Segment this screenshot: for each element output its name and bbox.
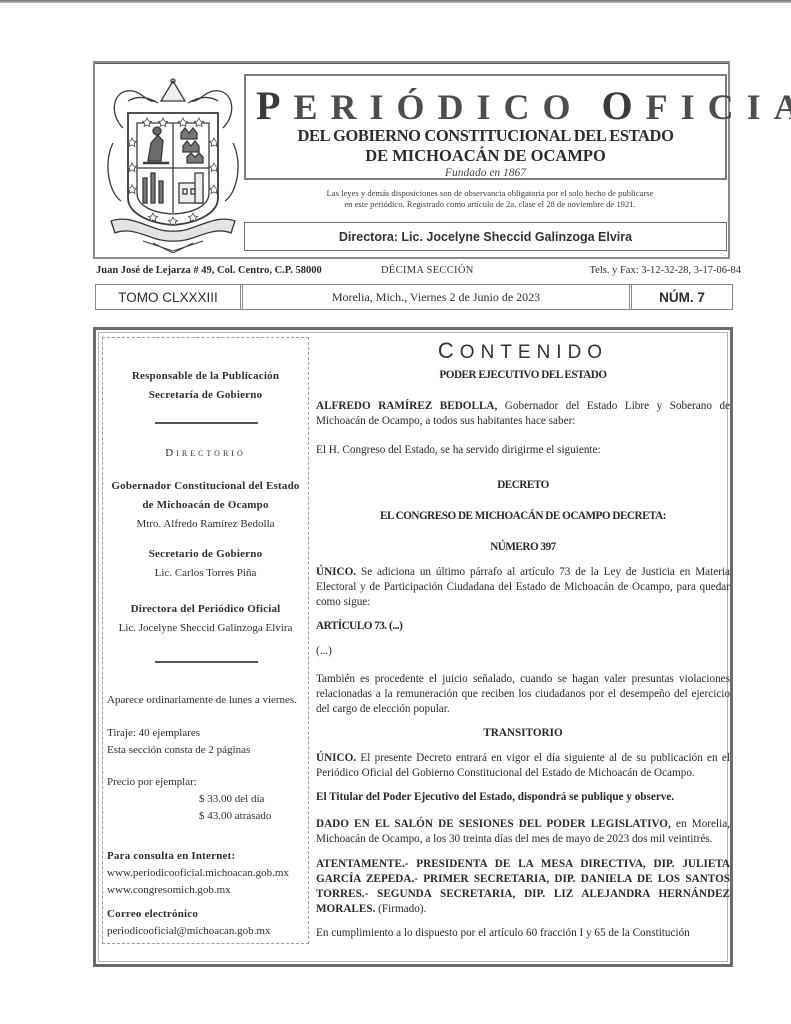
article-text: También es procedente el juicio señalado… <box>316 672 730 717</box>
governor-block: Gobernador Constitucional del Estado de … <box>103 477 308 534</box>
frequency: Aparece ordinariamente de lunes a vierne… <box>107 692 308 709</box>
internet-info: Para consulta en Internet: www.periodico… <box>107 848 308 899</box>
address: Juan José de Lejarza # 49, Col. Centro, … <box>96 265 322 276</box>
director-block: Directora del Periódico Oficial Lic. Joc… <box>103 600 308 638</box>
subtitle-line2: DE MICHOACÁN DE OCAMPO <box>246 146 725 166</box>
ellipsis: (...) <box>316 644 730 659</box>
unico-paragraph: ÚNICO. Se adiciona un último párrafo al … <box>316 565 730 610</box>
masthead: PERIÓDICOOFICIAL DEL GOBIERNO CONSTITUCI… <box>93 61 730 259</box>
transitorio-paragraph: ÚNICO. El presente Decreto entrará en vi… <box>316 751 730 781</box>
website-link-2[interactable]: www.congresomich.gob.mx <box>107 882 308 899</box>
divider <box>155 661 258 663</box>
print-info: Tiraje: 40 ejemplares Esta sección const… <box>107 725 308 759</box>
closing-paragraph: En cumplimiento a lo dispuesto por el ar… <box>316 926 730 941</box>
sidebar-bottom-border <box>102 943 309 944</box>
dado-paragraph: DADO EN EL SALÓN DE SESIONES DEL PODER L… <box>316 817 730 847</box>
executive-line: El Titular del Poder Ejecutivo del Estad… <box>316 790 730 805</box>
price-info: Precio por ejemplar: $ 33.00 del día $ 4… <box>107 774 308 825</box>
intro-paragraph: ALFREDO RAMÍREZ BEDOLLA, Gobernador del … <box>316 399 730 429</box>
scan-edge <box>0 0 791 3</box>
contents-heading: CONTENIDO <box>316 343 730 360</box>
title-box: PERIÓDICOOFICIAL DEL GOBIERNO CONSTITUCI… <box>244 74 727 180</box>
volume-number: TOMO CLXXXIII <box>96 285 243 309</box>
email-info: Correo electrónico periodicooficial@mich… <box>107 906 308 940</box>
divider <box>155 422 258 424</box>
director-banner: Directora: Lic. Jocelyne Sheccid Galinzo… <box>244 222 727 251</box>
publication-title: PERIÓDICOOFICIAL <box>256 82 719 122</box>
decree-title: DECRETO <box>316 478 730 493</box>
coat-of-arms-icon <box>103 73 243 253</box>
founded-year: Fundado en 1867 <box>246 167 725 179</box>
decree-congress: EL CONGRESO DE MICHOACÁN DE OCAMPO DECRE… <box>316 509 730 524</box>
decree-number: NÚMERO 397 <box>316 540 730 555</box>
secretary-block: Secretario de Gobierno Lic. Carlos Torre… <box>103 545 308 583</box>
phone-numbers: Tels. y Fax: 3-12-32-28, 3-17-06-84 <box>590 265 742 276</box>
directory-heading: Directorio <box>103 444 308 463</box>
signatures-paragraph: ATENTAMENTE.- PRESIDENTA DE LA MESA DIRE… <box>316 857 730 917</box>
issue-number: NÚM. 7 <box>632 285 732 309</box>
transitorio-heading: TRANSITORIO <box>316 726 730 741</box>
subtitle-line1: DEL GOBIERNO CONSTITUCIONAL DEL ESTADO <box>246 126 725 146</box>
congress-line: El H. Congreso del Estado, se ha servido… <box>316 443 730 458</box>
legal-note: Las leyes y demás disposiciones son de o… <box>255 188 725 210</box>
issue-info-bar: TOMO CLXXXIII Morelia, Mich., Viernes 2 … <box>95 284 733 310</box>
sidebar-directory: Responsable de la Publicación Secretaría… <box>102 337 309 944</box>
responsible-block: Responsable de la Publicación Secretaría… <box>103 367 308 405</box>
website-link-1[interactable]: www.periodicooficial.michoacan.gob.mx <box>107 865 308 882</box>
address-row: Juan José de Lejarza # 49, Col. Centro, … <box>93 265 741 281</box>
section-label: DÉCIMA SECCIÓN <box>381 265 474 276</box>
article-heading: ARTÍCULO 73. (...) <box>316 619 730 634</box>
email-link[interactable]: periodicooficial@michoacan.gob.mx <box>107 923 308 940</box>
issue-date: Morelia, Mich., Viernes 2 de Junio de 20… <box>243 285 632 309</box>
main-content: CONTENIDO PODER EJECUTIVO DEL ESTADO ALF… <box>316 337 730 944</box>
body-frame: Responsable de la Publicación Secretaría… <box>93 327 733 967</box>
section-heading: PODER EJECUTIVO DEL ESTADO <box>316 368 730 383</box>
